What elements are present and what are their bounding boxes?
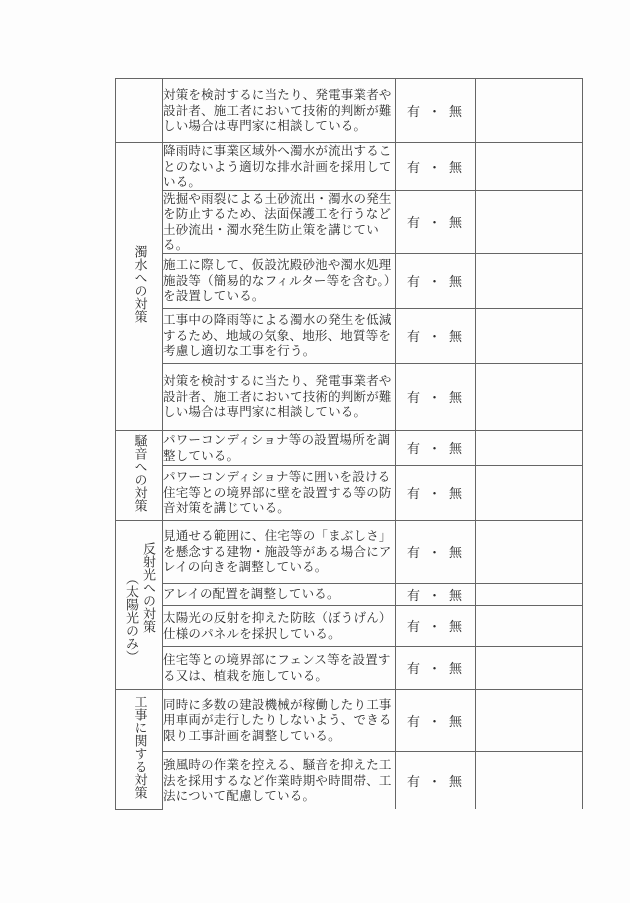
yes-no-cell: 有・無 [396,430,476,465]
yes-no-cell: 有・無 [396,689,476,751]
category-note: （太陽光のみ） [123,542,138,663]
option-no[interactable]: 無 [449,326,464,345]
category-label: 工事に関する対策 [132,695,147,799]
measure-description: 洗掘や雨裂による土砂流出・濁水の発生を防止するため、法面保護工を行うなど土砂流出… [163,190,396,253]
measure-description: 同時に多数の建設機械が稼働したり工事用車両が走行したりしないよう、できる限り工事… [163,689,396,751]
option-separator: ・ [428,387,443,406]
remarks-cell[interactable] [476,646,583,689]
checklist-body: 対策を検討するに当たり、発電事業者や設計者、施工者において技術的判断が難しい場合… [116,79,583,810]
measure-description: パワーコンディショナ等の設置場所を調整している。 [163,430,396,465]
yes-no-cell: 有・無 [396,363,476,430]
category-label: 濁水への対策 [132,245,147,323]
option-yes[interactable]: 有 [407,585,422,604]
option-yes[interactable]: 有 [407,616,422,635]
option-yes[interactable]: 有 [407,711,422,730]
yes-no-cell: 有・無 [396,751,476,809]
option-yes[interactable]: 有 [407,658,422,677]
option-no[interactable]: 無 [449,271,464,290]
table-row: 住宅等との境界部にフェンス等を設置する又は、植栽を施している。有・無 [116,646,583,689]
yes-no-cell: 有・無 [396,465,476,520]
option-separator: ・ [428,616,443,635]
option-no[interactable]: 無 [449,101,464,120]
table-row: アレイの配置を調整している。有・無 [116,583,583,605]
option-no[interactable]: 無 [449,616,464,635]
option-separator: ・ [428,658,443,677]
category-cell [116,79,163,143]
option-no[interactable]: 無 [449,585,464,604]
option-separator: ・ [428,212,443,231]
option-no[interactable]: 無 [449,387,464,406]
table-row: 工事中の降雨等による濁水の発生を低減するため、地域の気象、地形、地質等を考慮し適… [116,308,583,363]
remarks-cell[interactable] [476,751,583,809]
remarks-cell[interactable] [476,143,583,191]
yes-no-cell: 有・無 [396,79,476,143]
option-separator: ・ [428,438,443,457]
remarks-cell[interactable] [476,430,583,465]
option-separator: ・ [428,101,443,120]
option-no[interactable]: 無 [449,483,464,502]
yes-no-cell: 有・無 [396,143,476,191]
measure-description: アレイの配置を調整している。 [163,583,396,605]
table-row: 洗掘や雨裂による土砂流出・濁水の発生を防止するため、法面保護工を行うなど土砂流出… [116,190,583,253]
remarks-cell[interactable] [476,605,583,646]
option-yes[interactable]: 有 [407,483,422,502]
measure-description: 降雨時に事業区域外へ濁水が流出することのないよう適切な排水計画を採用している。 [163,143,396,191]
option-no[interactable]: 無 [449,658,464,677]
option-yes[interactable]: 有 [407,771,422,790]
yes-no-cell: 有・無 [396,605,476,646]
yes-no-cell: 有・無 [396,583,476,605]
remarks-cell[interactable] [476,520,583,583]
table-row: 反射光への対策（太陽光のみ）見通せる範囲に、住宅等の「まぶしさ」を懸念する建物・… [116,520,583,583]
option-no[interactable]: 無 [449,438,464,457]
measure-description: 対策を検討するに当たり、発電事業者や設計者、施工者において技術的判断が難しい場合… [163,79,396,143]
remarks-cell[interactable] [476,308,583,363]
remarks-cell[interactable] [476,363,583,430]
yes-no-cell: 有・無 [396,308,476,363]
measure-description: 太陽光の反射を抑えた防眩（ぼうげん）仕様のパネルを採択している。 [163,605,396,646]
table-row: 強風時の作業を控える、騒音を抑えた工法を採用するなど作業時期や時間帯、工法につい… [116,751,583,809]
option-separator: ・ [428,326,443,345]
option-separator: ・ [428,542,443,561]
option-yes[interactable]: 有 [407,438,422,457]
measure-description: 施工に際して、仮設沈殿砂池や濁水処理施設等（簡易的なフィルター等を含む。）を設置… [163,253,396,308]
option-no[interactable]: 無 [449,212,464,231]
remarks-cell[interactable] [476,465,583,520]
option-separator: ・ [428,157,443,176]
measure-description: 住宅等との境界部にフェンス等を設置する又は、植栽を施している。 [163,646,396,689]
yes-no-cell: 有・無 [396,520,476,583]
remarks-cell[interactable] [476,689,583,751]
yes-no-cell: 有・無 [396,646,476,689]
table-row: 対策を検討するに当たり、発電事業者や設計者、施工者において技術的判断が難しい場合… [116,363,583,430]
table-row: 太陽光の反射を抑えた防眩（ぼうげん）仕様のパネルを採択している。有・無 [116,605,583,646]
table-row: 対策を検討するに当たり、発電事業者や設計者、施工者において技術的判断が難しい場合… [116,79,583,143]
category-cell: 騒音への対策 [116,430,163,520]
option-yes[interactable]: 有 [407,212,422,231]
option-yes[interactable]: 有 [407,387,422,406]
option-no[interactable]: 無 [449,542,464,561]
yes-no-cell: 有・無 [396,253,476,308]
option-separator: ・ [428,771,443,790]
measure-description: 強風時の作業を控える、騒音を抑えた工法を採用するなど作業時期や時間帯、工法につい… [163,751,396,809]
option-yes[interactable]: 有 [407,101,422,120]
option-no[interactable]: 無 [449,771,464,790]
option-separator: ・ [428,271,443,290]
measure-description: 工事中の降雨等による濁水の発生を低減するため、地域の気象、地形、地質等を考慮し適… [163,308,396,363]
checklist-table: 対策を検討するに当たり、発電事業者や設計者、施工者において技術的判断が難しい場合… [115,78,583,810]
option-yes[interactable]: 有 [407,157,422,176]
category-cell: 反射光への対策（太陽光のみ） [116,520,163,689]
measure-description: 見通せる範囲に、住宅等の「まぶしさ」を懸念する建物・施設等がある場合にアレイの向… [163,520,396,583]
remarks-cell[interactable] [476,190,583,253]
option-yes[interactable]: 有 [407,271,422,290]
remarks-cell[interactable] [476,79,583,143]
measure-description: 対策を検討するに当たり、発電事業者や設計者、施工者において技術的判断が難しい場合… [163,363,396,430]
option-separator: ・ [428,585,443,604]
category-label: 騒音への対策 [132,434,147,512]
option-no[interactable]: 無 [449,157,464,176]
table-row: 騒音への対策パワーコンディショナ等の設置場所を調整している。有・無 [116,430,583,465]
yes-no-cell: 有・無 [396,190,476,253]
table-row: 工事に関する対策同時に多数の建設機械が稼働したり工事用車両が走行したりしないよう… [116,689,583,751]
remarks-cell[interactable] [476,583,583,605]
table-row: パワーコンディショナ等に囲いを設ける住宅等との境界部に壁を設置する等の防音対策を… [116,465,583,520]
option-separator: ・ [428,711,443,730]
option-separator: ・ [428,483,443,502]
table-row: 施工に際して、仮設沈殿砂池や濁水処理施設等（簡易的なフィルター等を含む。）を設置… [116,253,583,308]
measure-description: パワーコンディショナ等に囲いを設ける住宅等との境界部に壁を設置する等の防音対策を… [163,465,396,520]
category-cell: 工事に関する対策 [116,689,163,809]
option-yes[interactable]: 有 [407,326,422,345]
remarks-cell[interactable] [476,253,583,308]
option-yes[interactable]: 有 [407,542,422,561]
category-label-group: 反射光への対策（太陽光のみ） [123,542,155,663]
category-cell: 濁水への対策 [116,143,163,431]
category-label: 反射光への対策 [140,542,155,633]
option-no[interactable]: 無 [449,711,464,730]
table-row: 濁水への対策降雨時に事業区域外へ濁水が流出することのないよう適切な排水計画を採用… [116,143,583,191]
